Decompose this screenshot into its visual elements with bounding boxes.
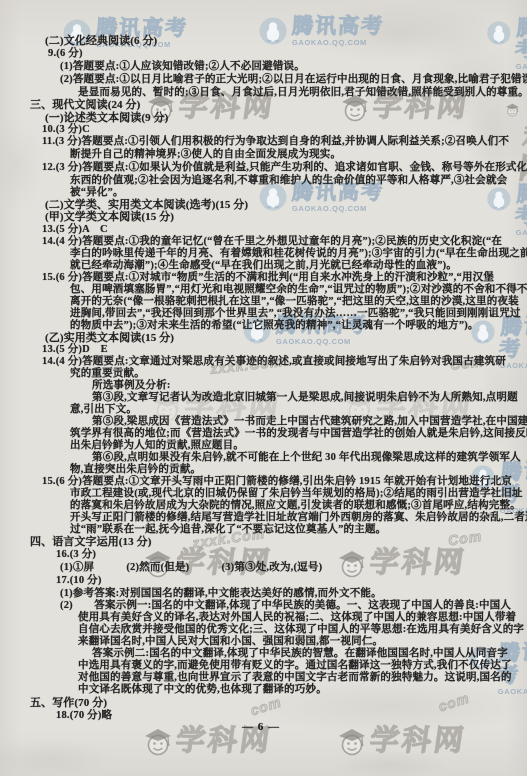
answer-line: 究的重要贡献。 — [70, 368, 145, 380]
answer-line: 被“异化”。 — [70, 187, 124, 199]
answer-line: 11.(3 分)答题要点:①引领人们用积极的行为争取达到自身的利益,并协调人际利… — [42, 136, 509, 148]
answer-line: 来翻译国名时,中国人民对大国和小国、强国和弱国,都一视同仁。 — [78, 636, 383, 648]
tencent-watermark-text: 腾讯高考 — [514, 18, 527, 62]
answer-line: 进胸间,带回去”,“我还得回到那个世界里去”,“我没有办法……一匹骆驼”,“我只… — [70, 308, 521, 320]
answer-line: (1)答题要点:①人应该知错改错;②人不必回避错误。 — [60, 61, 305, 73]
section-heading: (一)论述类文本阅读(9 分) — [45, 112, 168, 124]
scan-stain — [0, 738, 115, 776]
answer-line: 第⑥段,点明如果没有朱启钤,就不可能在上个世纪 30 年代出现像梁思成这样的建筑… — [92, 452, 521, 464]
tencent-gaokao-watermark: 腾讯高考GAOKAO.QQ.COM — [258, 16, 384, 47]
tencent-watermark-url: GAOKAO.QQ.COM — [292, 204, 384, 213]
answer-line: 所选事例及分析: — [92, 380, 171, 392]
zxxk-watermark: 学科网 — [337, 726, 466, 758]
tencent-gaokao-watermark: 腾讯高考GAOKAO.QQ.COM — [486, 184, 527, 237]
answer-line: 的物质中去”);③对未来生活的希望(“让它照亮我的精神”,“让灵魂有一个呼吸的地… — [70, 320, 479, 332]
answer-line: (2)答题要点:①以日月比喻君子的正大光明;②以日月在运行中出现的日食、月食现象… — [60, 74, 527, 86]
section-heading: 四、语言文字运用(13 分) — [30, 536, 151, 548]
tencent-watermark-url: GAOKAO.QQ.COM — [292, 38, 384, 47]
tencent-logo-icon — [486, 184, 512, 214]
zxxk-url-watermark: com — [436, 689, 471, 714]
tencent-watermark-text: 腾讯高考 — [291, 16, 385, 38]
answer-line: 14.(4 分)答题要点:①我的童年记忆(“曾在千里之外想见过童年的月亮”);②… — [42, 236, 502, 248]
answer-line: 13.(5 分)A C — [42, 224, 108, 236]
answer-line: 10.(3 分)C — [42, 124, 90, 136]
answer-line: 过“雨”联系在一起,抚今追昔,深化了“不要忘记这位奠基人”的主题。 — [70, 524, 386, 536]
answer-line: 对他国的善意与尊重,也向世界宣示了表意的中国文字古老而常新的独特魅力。这说明,国… — [78, 672, 512, 684]
answer-line: 中选用具有褒义的字,而避免使用带有贬义的字。通过国名翻译这一独特方式,我们不仅传… — [78, 660, 512, 672]
answer-line: 9.(6 分) — [48, 48, 83, 60]
answer-line: 13.(5 分)D E — [42, 344, 108, 356]
section-heading: 三、现代文阅读(24 分) — [30, 99, 140, 111]
tencent-watermark-url: GAOKAO.QQ.COM — [276, 337, 368, 346]
zxxk-url-watermark: com — [248, 693, 283, 718]
section-heading: (二)文化经典阅读(6 分) — [45, 35, 157, 47]
answer-line: 市政工程建设(或,现代北京的旧城仍保留了朱启钤当年规划的格局);②结尾的雨引出营… — [70, 488, 523, 500]
scanned-answer-sheet-page: 腾讯高考GAOKAO.QQ.COM腾讯高考GAOKAO.QQ.COM腾讯高考GA… — [0, 0, 527, 776]
zxxk-watermark: 学科网 — [337, 548, 466, 580]
tencent-watermark-text: 腾讯高考 — [498, 317, 527, 361]
answer-line: 包、用啤酒填塞肠胃”,“用灯光和电视照耀空余的生命”,“诅咒过的物质”);②对沙… — [70, 284, 527, 296]
section-heading: (甲)文学类文本阅读(15 分) — [45, 211, 174, 223]
page-number: — 6 — — [226, 721, 296, 733]
zxxk-logo-icon — [337, 548, 367, 580]
zxxk-logo-icon — [337, 726, 367, 758]
scan-stain — [0, 118, 45, 213]
tencent-logo-icon — [258, 16, 288, 46]
answer-line: 使用具有美好含义的译名,表达对外国人民的祝福;二、这体现了中国人的兼容思想:中国… — [78, 612, 516, 624]
answer-line: 意,引出下文。 — [70, 404, 137, 416]
answer-line: 18.(70 分)略 — [56, 710, 112, 722]
scan-stain — [330, 750, 450, 776]
answer-line: 开头写正阳门箭楼的修缮,结尾写营造学社旧址故宫端门外西朝房的落寞、朱启钤故居的杂… — [70, 512, 527, 524]
tencent-watermark-text: 腾讯高考 — [514, 184, 527, 228]
answer-line: 出朱启钤鲜为人知的贡献,照应题目。 — [70, 440, 244, 452]
answer-line: 答案示例二:国名的中文翻译,体现了中华民族的智慧。在翻译他国国名时,中国人从同音… — [92, 648, 508, 660]
answer-line: 筑学界有很高的地位;而《营造法式》一书的发现者与中国营造学社的创始人就是朱启钤,… — [70, 428, 527, 440]
zxxk-logo-icon — [143, 726, 173, 758]
answer-line: 中文译名既体现了中文的优势,也体现了翻译的巧妙。 — [78, 684, 327, 696]
zxxk-watermark-text: 学科网 — [368, 548, 468, 578]
answer-line: 17.(10 分) — [56, 575, 102, 587]
tencent-watermark-url: GAOKAO.QQ.COM — [498, 687, 527, 696]
answer-line: (2) 答案示例一:国名的中文翻译,体现了中华民族的美德。一、这表现了中国人的善… — [60, 600, 511, 612]
answer-line: 15.(6 分)答题要点:①文章开头写雨中正阳门箭楼的修缮,引出朱启钤 1915… — [42, 476, 512, 488]
answer-line: 第⑤段,梁思成因《营造法式》一书而走上中国古代建筑研究之路,加入中国营造学社,在… — [92, 416, 527, 428]
tencent-gaokao-watermark: 腾讯高考GAOKAO.QQ.COM — [486, 18, 527, 71]
answer-line: 就已经牵动海潮”);④生命感受(“早在我们出现之前,月光就已经牵动母性的血液”)… — [70, 260, 457, 272]
answer-line: 李白的吟咏里传递千年的月亮、有着嫦娥和桂花树传说的月亮”);③宇宙的引力(“早在… — [70, 248, 527, 260]
answer-line: (1)①屏 (2)然而(但是) (3)第③处,改为,(逗号) — [60, 562, 322, 574]
section-heading: (乙)实用类文本阅读(15 分) — [45, 332, 174, 344]
answer-line: 14.(4 分)答题要点:文章通过对梁思成有关事迹的叙述,或直接或间接地写出了朱… — [42, 356, 506, 368]
answer-line: 东西的价值观;②社会因为追逐名利,不尊重和维护人的生命价值的平等和人格尊严,③社… — [70, 175, 507, 187]
answer-line: 第③段,文章写记者认为改造北京旧城第一人是梁思成,间接说明朱启钤不为人所熟知,点… — [92, 392, 518, 404]
answer-line: 断提升自己的精神境界;③使人的自由全面发展成为现实。 — [70, 149, 341, 161]
answer-line: 离开的无奈(“像一根骆驼刺把根扎在这里”,“像一匹骆驼”,“把这里的天空,这里的… — [70, 296, 519, 308]
answer-line: 的落寞和朱启钤故居成为大杂院的情况,照应文题,引发读者的联想和感慨;③首尾呼应,… — [70, 500, 521, 512]
answer-line: 12.(3 分)答题要点:①如果认为价值就是利益,只能产生功利的、追求诸如官职、… — [42, 162, 527, 174]
section-heading: 五、写作(70 分) — [30, 697, 107, 709]
zxxk-url-watermark: Com — [447, 528, 483, 549]
answer-line: 物,直接突出朱启钤的贡献。 — [70, 464, 201, 476]
section-heading: (二)文学类、实用类文本阅读(选考)(15 分) — [45, 199, 248, 211]
scan-stain — [295, 2, 505, 64]
answer-line: 是显而易见的、暂时的;③日食、月食过后,日月光明依旧,君子知错改错,照样能受到别… — [78, 87, 527, 99]
answer-line: (1)参考答案:对别国国名的翻译,中文能表达美好的感情,而外文不能。 — [60, 588, 382, 600]
tencent-watermark-url: GAOKAO.QQ.COM — [516, 228, 527, 237]
tencent-watermark-url: GAOKAO.QQ.COM — [516, 62, 527, 71]
answer-line: 16.(3 分) — [56, 549, 96, 561]
answer-line: 15.(6 分)答题要点:①对城市“物质”生活的不满和批判(“用自来水冲洗身上的… — [42, 272, 494, 284]
zxxk-watermark-text: 学科网 — [368, 726, 468, 756]
tencent-logo-icon — [486, 18, 512, 48]
answer-line: 自信心去欣赏并接受他国的优秀文化;三、这体现了中国人的平等思想:在选用具有美好含… — [78, 624, 524, 636]
